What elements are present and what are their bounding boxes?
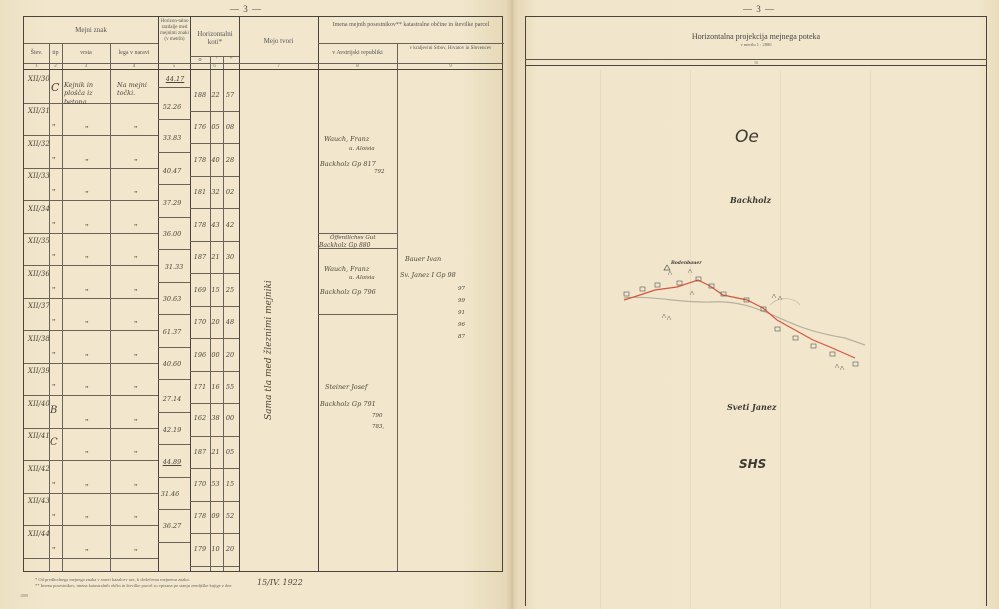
mark-kind: „	[85, 478, 89, 487]
mark-location: „	[134, 250, 138, 259]
owner-shs-line: Sv. Janez I Gp 98	[400, 271, 456, 279]
row-rule	[158, 542, 190, 543]
mark-kind: „	[85, 153, 89, 162]
mark-kind: „	[85, 413, 89, 422]
angle-degrees: 188	[191, 91, 209, 99]
mark-location: „	[134, 380, 138, 389]
mark-type: B	[50, 405, 57, 416]
row-rule	[158, 412, 190, 413]
distance-value: 44.89	[152, 458, 192, 466]
angle-seconds: 05	[222, 448, 238, 456]
owner-austria-line: Backholz Gp 796	[320, 288, 376, 296]
owner-austria-line: Backholz Gp 791	[320, 400, 376, 408]
mark-type: „	[52, 313, 56, 322]
row-rule	[190, 241, 239, 242]
mark-type: „	[52, 508, 56, 517]
mark-kind: „	[85, 185, 89, 194]
owner-rule	[318, 314, 397, 315]
header-rule	[525, 65, 987, 66]
col-number: 5	[158, 64, 190, 69]
distance-value: 42.19	[152, 426, 192, 434]
row-rule	[190, 436, 239, 437]
owner-rule	[318, 233, 397, 234]
angle-minutes: 16	[209, 383, 222, 391]
footnote-owners: ** Imena posestnikov, imena katastralnih…	[35, 583, 232, 588]
mark-type: „	[52, 346, 56, 355]
col-divider	[223, 56, 224, 571]
owner-shs-line: 96	[458, 322, 465, 328]
col-divider	[397, 43, 398, 571]
row-rule	[24, 460, 158, 461]
angle-minutes: 40	[209, 156, 222, 164]
header-mejni-znak: Mejni znak	[24, 26, 158, 34]
angle-seconds: 28	[222, 156, 238, 164]
mark-type: „	[52, 541, 56, 550]
owner-shs-line: 99	[458, 298, 465, 304]
mark-kind: „	[85, 348, 89, 357]
mark-number: XII/36	[28, 270, 50, 278]
row-rule	[24, 233, 158, 234]
col-divider	[210, 56, 211, 571]
angle-minutes: 09	[209, 512, 222, 520]
owner-austria-line: 792	[374, 169, 385, 175]
header-mejo-tvori: Mejo tvori	[239, 37, 318, 45]
boundary-line	[624, 280, 855, 358]
owner-austria-line: Steiner Josef	[325, 383, 367, 391]
mark-number: XII/32	[28, 140, 50, 148]
distance-value: 37.29	[152, 199, 192, 207]
terrain-symbol-icons	[662, 269, 844, 370]
mark-location: „	[134, 348, 138, 357]
angle-minutes: 20	[209, 318, 222, 326]
owner-austria-line: Öffentliches Gut	[330, 235, 376, 241]
distance-value: 61.37	[152, 328, 192, 336]
angle-degrees: 162	[191, 414, 209, 422]
mark-kind: „	[85, 218, 89, 227]
mark-type: C	[50, 437, 58, 448]
owner-austria-line: Backholz Gp 817	[320, 160, 376, 168]
angle-degrees: 181	[191, 188, 209, 196]
col-divider	[62, 43, 63, 571]
mark-number: XII/34	[28, 205, 50, 213]
mark-location: „	[134, 218, 138, 227]
mark-number: XII/43	[28, 497, 50, 505]
row-rule	[24, 298, 158, 299]
row-rule	[158, 87, 190, 88]
row-rule	[190, 306, 239, 307]
row-rule	[158, 282, 190, 283]
row-rule	[158, 249, 190, 250]
col-divider	[318, 17, 319, 571]
mark-type: „	[52, 476, 56, 485]
angle-minutes: 10	[209, 545, 222, 553]
row-rule	[158, 379, 190, 380]
mark-number: XII/39	[28, 367, 50, 375]
mark-number: XII/40	[28, 400, 50, 408]
col-number: 9	[397, 64, 504, 69]
angle-seconds: 02	[222, 188, 238, 196]
angle-degrees: 170	[191, 318, 209, 326]
header-rule	[24, 69, 502, 70]
row-rule	[190, 403, 239, 404]
mark-number: XII/33	[28, 172, 50, 180]
mark-location: „	[134, 543, 138, 552]
header-owners: Imena mejnih posestnikov** katastralne o…	[324, 22, 498, 29]
mark-kind: „	[85, 250, 89, 259]
mark-type: „	[52, 248, 56, 257]
landmark-triangle-icon	[664, 265, 670, 270]
angle-seconds: 55	[222, 383, 238, 391]
col-number: 2	[49, 64, 62, 69]
angle-seconds: 08	[222, 123, 238, 131]
stream-line	[624, 297, 865, 345]
mark-kind: „	[85, 543, 89, 552]
mark-number: XII/35	[28, 237, 50, 245]
row-rule	[190, 501, 239, 502]
col-divider	[239, 17, 240, 571]
header-rule	[318, 43, 504, 44]
angle-minutes: 21	[209, 448, 222, 456]
mark-location: „	[134, 413, 138, 422]
distance-value: 40.47	[152, 167, 192, 175]
distance-value: 31.46	[150, 490, 190, 498]
owner-austria-line: 783,	[372, 424, 384, 430]
mark-kind: Kejnik in plošča iz betona	[64, 81, 110, 106]
row-rule	[190, 111, 239, 112]
angle-seconds: 52	[222, 512, 238, 520]
angle-degrees: 187	[191, 448, 209, 456]
mark-type: „	[52, 378, 56, 387]
header-vrsta: vrsta	[62, 50, 110, 57]
row-rule	[24, 168, 158, 169]
angle-seconds: 57	[222, 91, 238, 99]
angle-seconds: 15	[222, 480, 238, 488]
mark-location: „	[134, 445, 138, 454]
row-rule	[24, 200, 158, 201]
header-stev: Štev.	[24, 50, 49, 57]
mark-type: „	[52, 216, 56, 225]
row-rule	[190, 371, 239, 372]
distance-value: 27.14	[152, 395, 192, 403]
mark-location: „	[134, 120, 138, 129]
mark-number: XII/44	[28, 530, 50, 538]
mark-location: „	[134, 510, 138, 519]
row-rule	[190, 338, 239, 339]
mark-kind: „	[85, 315, 89, 324]
row-rule	[24, 525, 158, 526]
row-rule	[190, 208, 239, 209]
distance-value: 31.33	[154, 263, 194, 271]
angle-seconds: 00	[222, 414, 238, 422]
boundary-formed-by: Sama tla med žleznimi mejniki	[264, 280, 274, 420]
row-rule	[190, 468, 239, 469]
mark-location: „	[134, 153, 138, 162]
row-rule	[158, 477, 190, 478]
angle-seconds: 25	[222, 286, 238, 294]
col-number: 6	[190, 64, 239, 69]
label-sveti-janez: Sveti Janez	[727, 402, 776, 412]
owner-austria-line: u. Aloisia	[349, 146, 375, 152]
distance-value: 44.17	[155, 75, 195, 83]
angle-degrees: 179	[191, 545, 209, 553]
print-mark: 1000	[20, 593, 28, 598]
row-rule	[24, 395, 158, 396]
angle-degrees: 178	[191, 156, 209, 164]
header-horiz-angles: Horizontalni koti*	[192, 30, 238, 47]
col-number: 3	[62, 64, 110, 69]
mark-type: „	[52, 183, 56, 192]
header-shs: v kraljevini Srbov, Hrvatov in Slovencev	[399, 46, 502, 52]
angle-seconds: 42	[222, 221, 238, 229]
mark-type: „	[52, 281, 56, 290]
row-rule	[24, 135, 158, 136]
faint-grid-line	[600, 70, 601, 609]
mark-location: „	[134, 315, 138, 324]
header-lega: lega v naravi	[110, 50, 158, 57]
row-rule	[190, 273, 239, 274]
row-rule	[158, 119, 190, 120]
distance-value: 33.83	[152, 134, 192, 142]
owner-shs-line: Bauer Ivan	[405, 255, 441, 263]
label-shs: SHS	[739, 457, 766, 471]
col-divider	[158, 17, 159, 571]
boundary-mark-icons	[624, 277, 858, 366]
label-austria: Oe	[735, 127, 759, 147]
angle-seconds: 30	[222, 253, 238, 261]
mark-type: C	[51, 81, 59, 94]
angle-seconds: 48	[222, 318, 238, 326]
path-line	[770, 299, 800, 305]
angle-minutes: 21	[209, 253, 222, 261]
mark-location: „	[134, 283, 138, 292]
row-rule	[190, 143, 239, 144]
col-number: 1	[24, 64, 49, 69]
angle-degrees: 178	[191, 512, 209, 520]
label-backholz: Backholz	[730, 195, 771, 205]
row-rule	[190, 533, 239, 534]
row-rule	[158, 217, 190, 218]
row-rule	[158, 152, 190, 153]
row-rule	[158, 444, 190, 445]
angle-degrees: 176	[191, 123, 209, 131]
angle-minutes: 00	[209, 351, 222, 359]
mark-kind: „	[85, 120, 89, 129]
mark-type: „	[52, 151, 56, 160]
owner-austria-line: Wauch, Franz	[324, 265, 369, 273]
right-page-number: — 3 —	[743, 4, 775, 14]
angle-degrees: 178	[191, 221, 209, 229]
owner-austria-line: u. Aloisia	[349, 275, 375, 281]
header-austria: v Avstrijski republiki	[318, 50, 397, 57]
col-number: 4	[110, 64, 158, 69]
distance-value: 40.60	[152, 360, 192, 368]
angle-seconds: 20	[222, 351, 238, 359]
angle-degrees: 187	[191, 253, 209, 261]
distance-value: 36.00	[152, 230, 192, 238]
owner-shs-line: 91	[458, 310, 465, 316]
mark-number: XII/41	[28, 432, 50, 440]
angle-minutes: 22	[209, 91, 222, 99]
angle-degrees: 170	[191, 480, 209, 488]
header-rule	[24, 43, 158, 44]
distance-value: 36.27	[152, 522, 192, 530]
projection-title: Horizontalna projekcija mejnega poteka	[525, 32, 987, 41]
mark-kind: „	[85, 283, 89, 292]
mark-number: XII/42	[28, 465, 50, 473]
header-tip: tip	[49, 50, 62, 57]
distance-value: 52.26	[152, 103, 192, 111]
mark-kind: „	[85, 510, 89, 519]
row-rule	[190, 566, 239, 567]
angle-minutes: 53	[209, 480, 222, 488]
owner-austria-line: Wauch, Franz	[324, 135, 369, 143]
angle-minutes: 43	[209, 221, 222, 229]
owner-austria-line: Backholz Gp 880	[319, 242, 370, 249]
book-gutter	[505, 0, 519, 609]
angle-degrees: 171	[191, 383, 209, 391]
row-rule	[24, 363, 158, 364]
distance-value: 30.63	[152, 295, 192, 303]
mark-location: „	[134, 185, 138, 194]
angle-minutes: 05	[209, 123, 222, 131]
boundary-map	[610, 250, 880, 380]
mark-kind: „	[85, 445, 89, 454]
land-register-date: 15/IV. 1922	[257, 578, 303, 587]
footnote-angles: * Od predhodnega mejnega znaka v smeri k…	[35, 577, 190, 582]
angle-minutes: 32	[209, 188, 222, 196]
col-divider	[110, 43, 111, 571]
left-page-number: — 3 —	[230, 4, 262, 14]
row-rule	[24, 558, 158, 559]
mark-location: „	[134, 478, 138, 487]
mark-type: „	[52, 118, 56, 127]
row-rule	[24, 265, 158, 266]
mark-number: XII/37	[28, 302, 50, 310]
row-rule	[158, 184, 190, 185]
angle-seconds: 20	[222, 545, 238, 553]
mark-number: XII/38	[28, 335, 50, 343]
row-rule	[24, 493, 158, 494]
row-rule	[158, 314, 190, 315]
angle-minutes: 15	[209, 286, 222, 294]
row-rule	[24, 330, 158, 331]
row-rule	[158, 347, 190, 348]
col-number: 7	[239, 64, 318, 69]
owner-shs-line: 97	[458, 286, 465, 292]
mark-number: XII/30	[28, 75, 50, 83]
owner-shs-line: 87	[458, 334, 465, 340]
col-number: 8	[318, 64, 397, 69]
row-rule	[158, 509, 190, 510]
header-horiz-distance: Horizon-talno razdalje med mejnimi znaki…	[159, 19, 190, 43]
owner-austria-line: 790	[372, 413, 383, 419]
angle-minutes: 38	[209, 414, 222, 422]
angle-degrees: 196	[191, 351, 209, 359]
mark-location: Na mejni točki.	[117, 81, 155, 98]
row-rule	[190, 176, 239, 177]
angle-degrees: 169	[191, 286, 209, 294]
mark-number: XII/31	[28, 107, 50, 115]
row-rule	[24, 428, 158, 429]
projection-scale: v merilu 1 : 2880	[525, 42, 987, 47]
mark-kind: „	[85, 380, 89, 389]
